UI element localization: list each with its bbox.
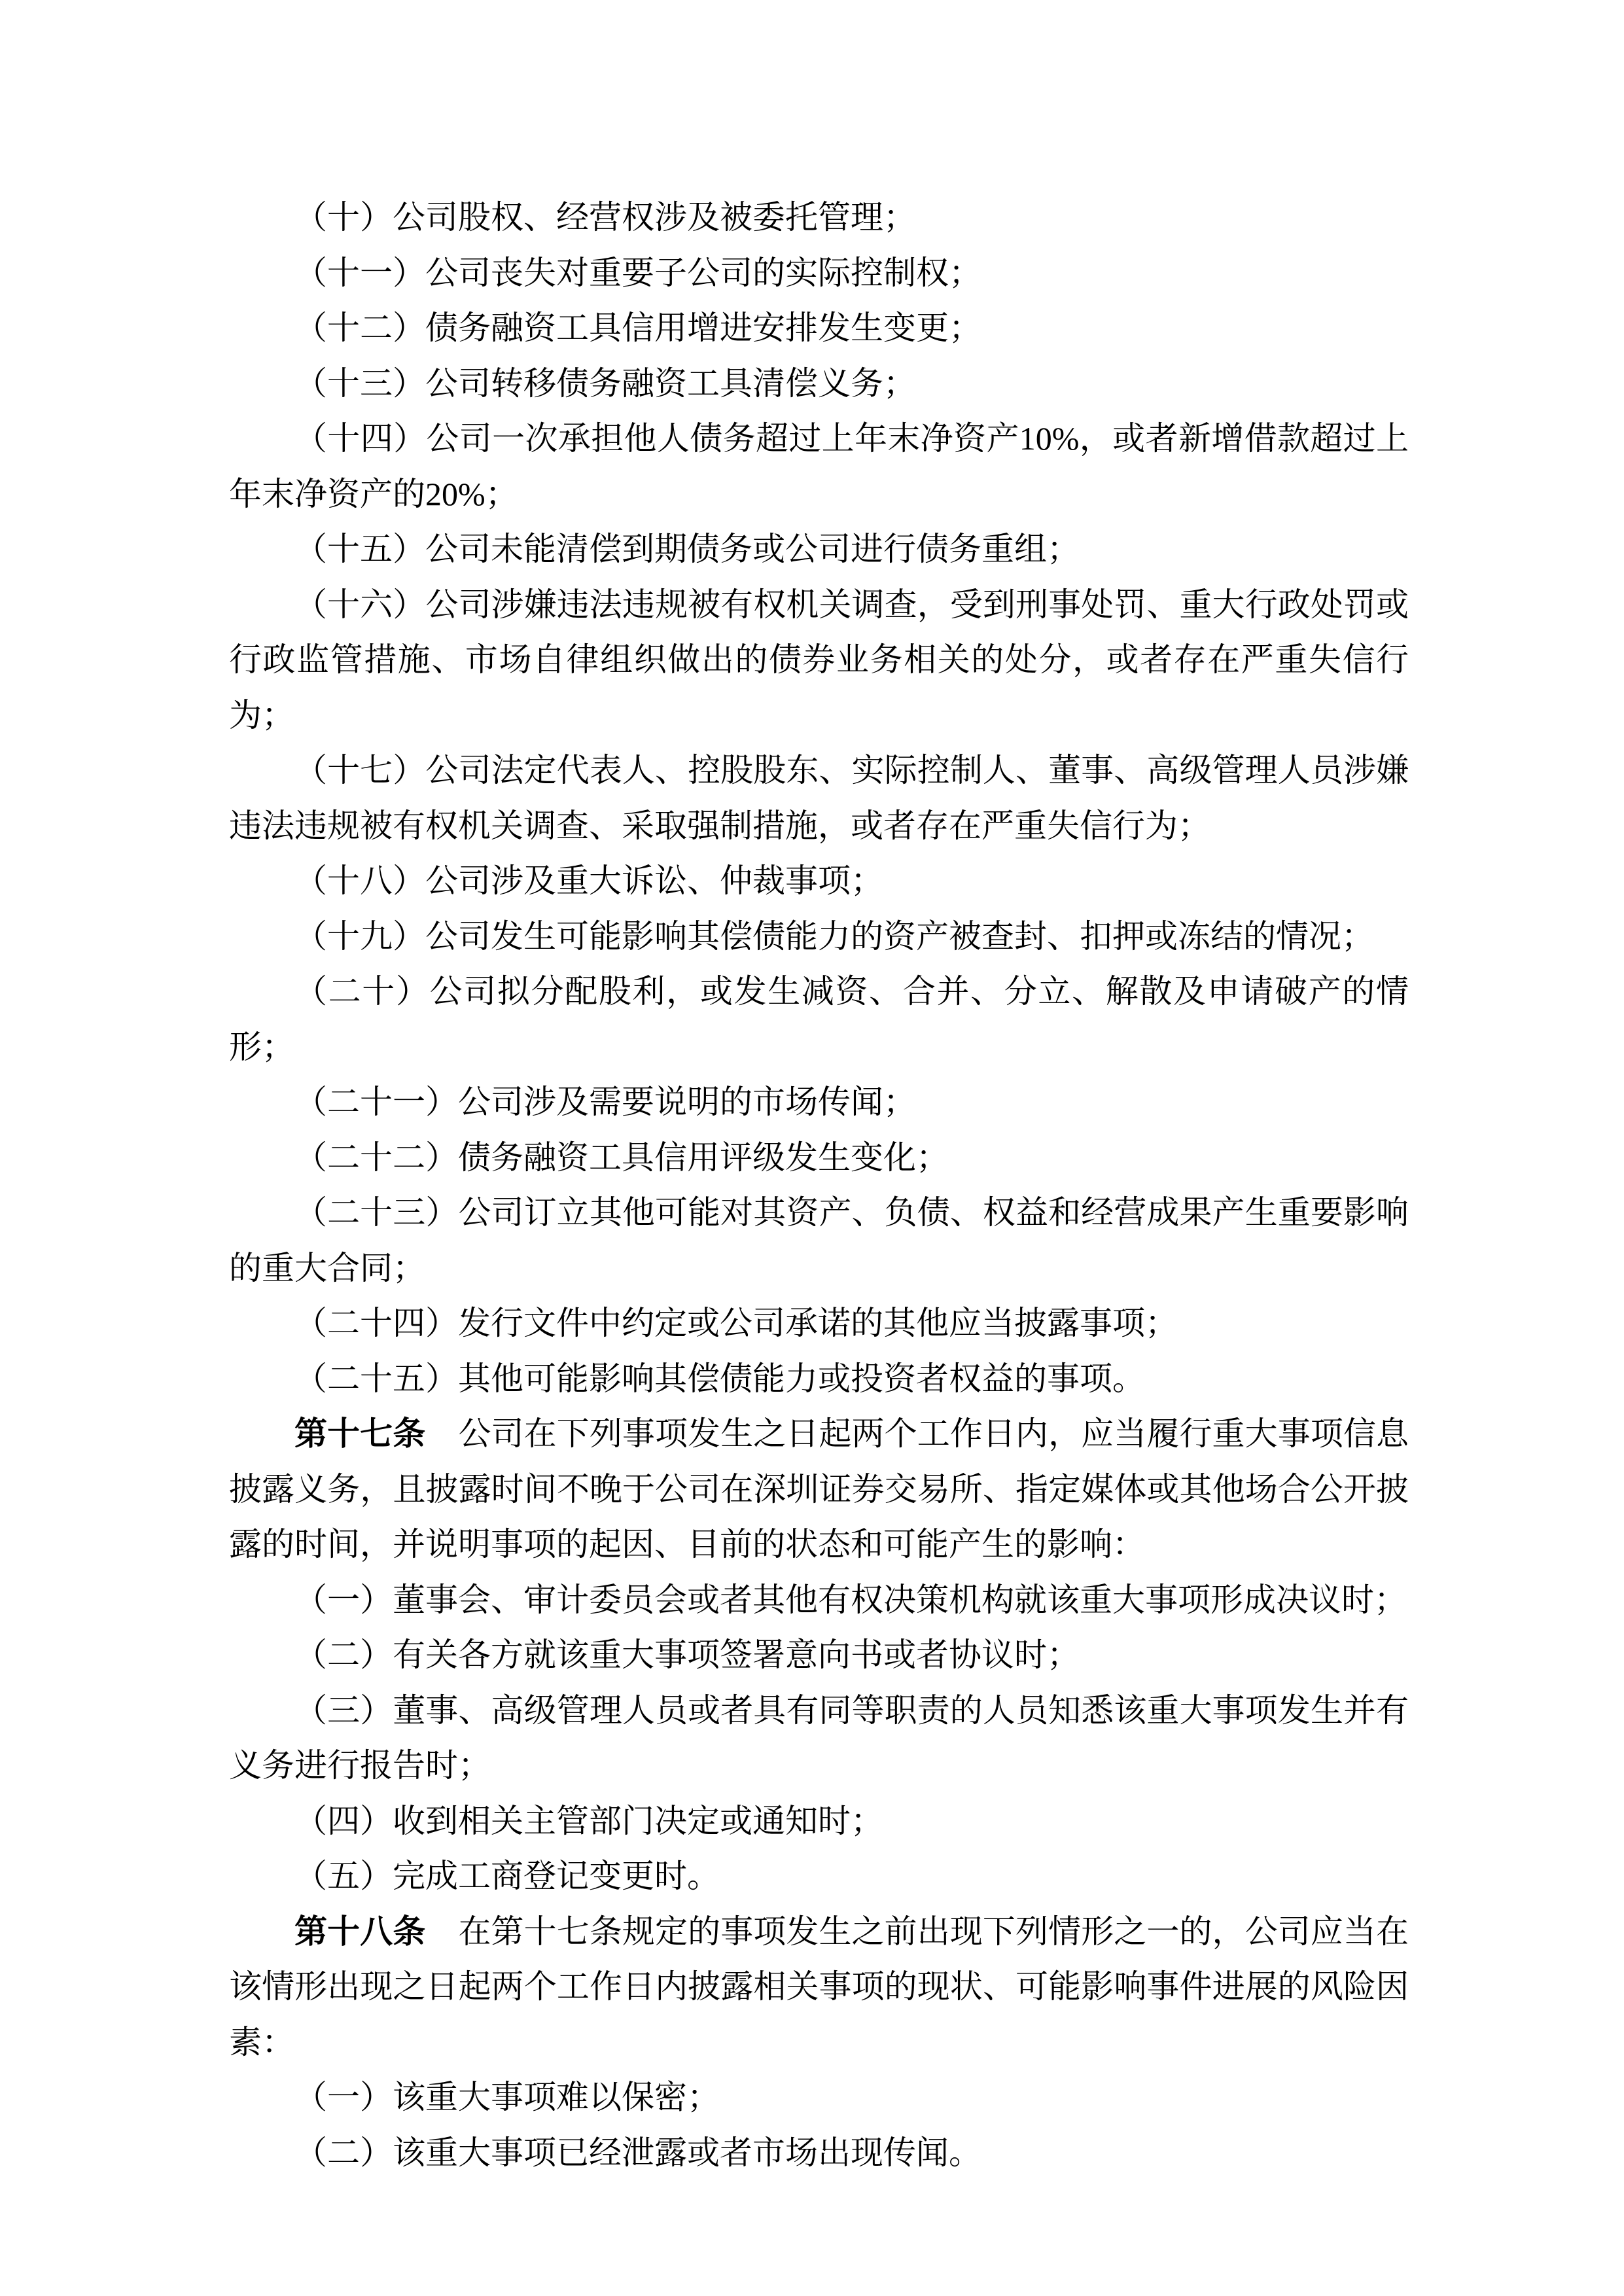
clause-line: （十二）债务融资工具信用增进安排发生变更； bbox=[229, 300, 1409, 356]
clause-line: （五）完成工商登记变更时。 bbox=[229, 1848, 1409, 1904]
article-17-label: 第十七条 bbox=[294, 1415, 425, 1452]
article-17-text: 公司在下列事项发生之日起两个工作日内，应当履行重大事项信息 bbox=[425, 1415, 1409, 1452]
clause-line: （二）该重大事项已经泄露或者市场出现传闻。 bbox=[229, 2125, 1409, 2181]
clause-continuation-line: 的重大合同； bbox=[229, 1241, 1409, 1296]
clause-continuation-line: 露的时间，并说明事项的起因、目前的状态和可能产生的影响： bbox=[229, 1517, 1409, 1572]
clause-line: （十）公司股权、经营权涉及被委托管理； bbox=[229, 190, 1409, 245]
clause-line: （三）董事、高级管理人员或者具有同等职责的人员知悉该重大事项发生并有 bbox=[229, 1683, 1409, 1739]
clause-continuation-line: 义务进行报告时； bbox=[229, 1738, 1409, 1793]
clause-line: （二十）公司拟分配股利，或发生减资、合并、分立、解散及申请破产的情 bbox=[229, 964, 1409, 1019]
clause-line: （十一）公司丧失对重要子公司的实际控制权； bbox=[229, 245, 1409, 301]
clause-continuation-line: 为； bbox=[229, 688, 1409, 743]
article-17-line: 第十七条 公司在下列事项发生之日起两个工作日内，应当履行重大事项信息 bbox=[229, 1406, 1409, 1462]
clause-line: （十五）公司未能清偿到期债务或公司进行债务重组； bbox=[229, 521, 1409, 577]
clause-continuation-line: 形； bbox=[229, 1019, 1409, 1075]
clause-line: （一）董事会、审计委员会或者其他有权决策机构就该重大事项形成决议时； bbox=[229, 1572, 1409, 1628]
clause-line: （十七）公司法定代表人、控股股东、实际控制人、董事、高级管理人员涉嫌 bbox=[229, 743, 1409, 798]
document-page: （十）公司股权、经营权涉及被委托管理； （十一）公司丧失对重要子公司的实际控制权… bbox=[0, 0, 1624, 2296]
clause-line: （二十三）公司订立其他可能对其资产、负债、权益和经营成果产生重要影响 bbox=[229, 1185, 1409, 1241]
clause-line: （四）收到相关主管部门决定或通知时； bbox=[229, 1793, 1409, 1849]
clause-line: （十八）公司涉及重大诉讼、仲裁事项； bbox=[229, 853, 1409, 909]
clause-line: （二十四）发行文件中约定或公司承诺的其他应当披露事项； bbox=[229, 1296, 1409, 1351]
article-18-text: 在第十七条规定的事项发生之前出现下列情形之一的，公司应当在 bbox=[425, 1913, 1409, 1950]
clause-line: （十九）公司发生可能影响其偿债能力的资产被查封、扣押或冻结的情况； bbox=[229, 909, 1409, 964]
article-18-label: 第十八条 bbox=[294, 1913, 425, 1950]
clause-line: （二十五）其他可能影响其偿债能力或投资者权益的事项。 bbox=[229, 1351, 1409, 1407]
clause-line: （十四）公司一次承担他人债务超过上年末净资产10%，或者新增借款超过上 bbox=[229, 411, 1409, 467]
clause-line: （二十一）公司涉及需要说明的市场传闻； bbox=[229, 1074, 1409, 1130]
clause-line: （十六）公司涉嫌违法违规被有权机关调查，受到刑事处罚、重大行政处罚或 bbox=[229, 577, 1409, 633]
clause-line: （二）有关各方就该重大事项签署意向书或者协议时； bbox=[229, 1627, 1409, 1683]
clause-continuation-line: 违法违规被有权机关调查、采取强制措施，或者存在严重失信行为； bbox=[229, 798, 1409, 854]
clause-line: （二十二）债务融资工具信用评级发生变化； bbox=[229, 1130, 1409, 1186]
article-18-line: 第十八条 在第十七条规定的事项发生之前出现下列情形之一的，公司应当在 bbox=[229, 1904, 1409, 1960]
clause-line: （一）该重大事项难以保密； bbox=[229, 2070, 1409, 2125]
clause-continuation-line: 素： bbox=[229, 2015, 1409, 2070]
clause-continuation-line: 年末净资产的20%； bbox=[229, 467, 1409, 522]
clause-continuation-line: 该情形出现之日起两个工作日内披露相关事项的现状、可能影响事件进展的风险因 bbox=[229, 1959, 1409, 2015]
clause-continuation-line: 披露义务，且披露时间不晚于公司在深圳证券交易所、指定媒体或其他场合公开披 bbox=[229, 1462, 1409, 1517]
clause-continuation-line: 行政监管措施、市场自律组织做出的债券业务相关的处分，或者存在严重失信行 bbox=[229, 632, 1409, 688]
clause-line: （十三）公司转移债务融资工具清偿义务； bbox=[229, 356, 1409, 412]
